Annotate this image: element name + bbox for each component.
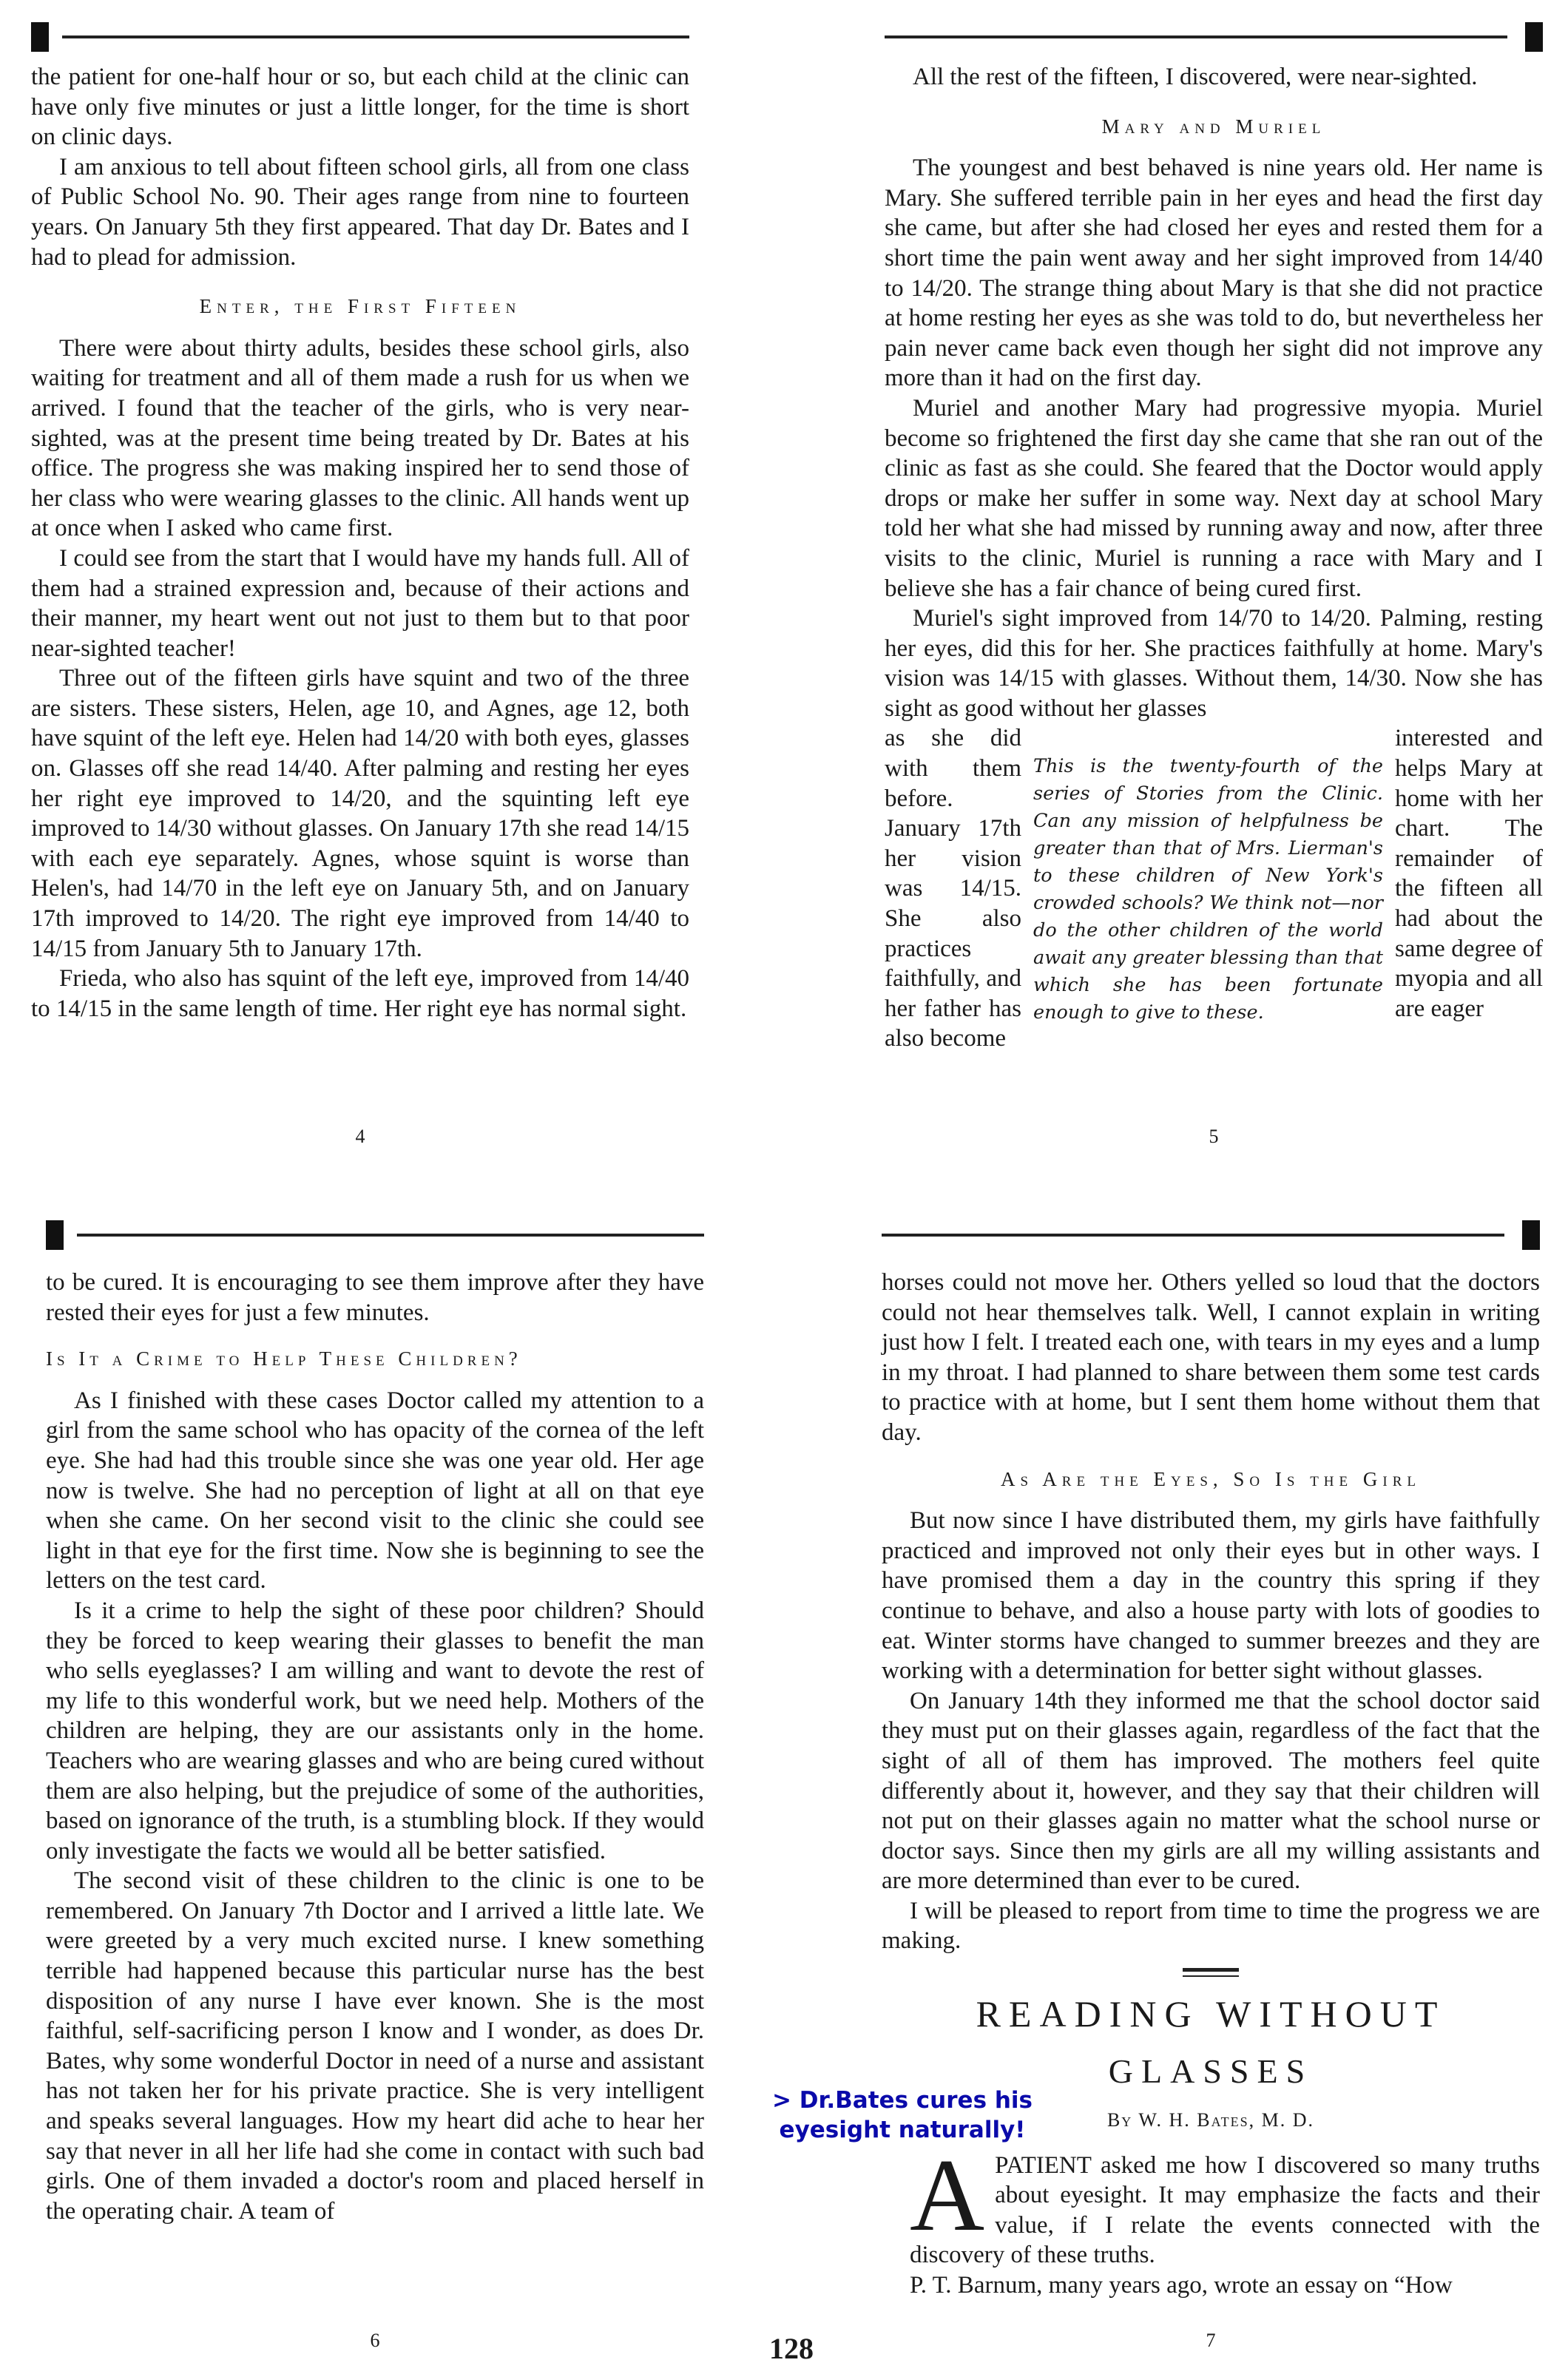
wrap-column-left: as she did with them before. January 17t…: [885, 723, 1021, 1054]
wrap-column-right: interested and helps Mary at home with h…: [1395, 723, 1543, 1054]
black-block-marker-icon: [1522, 1220, 1540, 1250]
page-header-rule: [46, 1220, 704, 1250]
paragraph: P. T. Barnum, many years ago, wrote an e…: [882, 2270, 1540, 2301]
horizontal-rule: [62, 35, 689, 38]
page-header-rule: [885, 22, 1543, 52]
paragraph: On January 14th they informed me that th…: [882, 1686, 1540, 1896]
column-text: as she did with them before. January 17t…: [885, 723, 1021, 1054]
section-heading: Mary and Muriel: [885, 112, 1543, 142]
black-block-marker-icon: [1525, 22, 1543, 52]
paragraph: the patient for one-half hour or so, but…: [31, 62, 689, 152]
page-number: 7: [882, 2330, 1540, 2352]
page-4: the patient for one-half hour or so, but…: [31, 22, 689, 1154]
paragraph: There were about thirty adults, besides …: [31, 334, 689, 544]
horizontal-rule: [882, 1234, 1504, 1237]
section-heading: Is It a Crime to Help These Children?: [46, 1344, 704, 1374]
page-number: 5: [885, 1126, 1543, 1148]
black-block-marker-icon: [31, 22, 49, 52]
paragraph: Is it a crime to help the sight of these…: [46, 1596, 704, 1866]
page-header-rule: [882, 1220, 1540, 1250]
page-number: 4: [31, 1126, 689, 1148]
article-title-line-1: READING WITHOUT: [882, 1993, 1540, 2035]
promo-link[interactable]: > Dr.Bates cures his eyesight naturally!: [769, 2086, 1035, 2145]
editor-note: This is the twenty-fourth of the series …: [1033, 723, 1383, 1054]
paragraph: I will be pleased to report from time to…: [882, 1896, 1540, 1956]
page-7: horses could not move her. Others yelled…: [882, 1220, 1540, 2359]
column-text: interested and helps Mary at home with h…: [1395, 723, 1543, 1024]
paragraph: The second visit of these children to th…: [46, 1866, 704, 2226]
section-heading: Enter, the First Fifteen: [31, 291, 689, 322]
page-body: the patient for one-half hour or so, but…: [31, 62, 689, 1024]
page-6: to be cured. It is encouraging to see th…: [46, 1220, 704, 2359]
paragraph: horses could not move her. Others yelled…: [882, 1268, 1540, 1448]
page-header-rule: [31, 22, 689, 52]
horizontal-rule: [885, 35, 1507, 38]
paragraph: Muriel's sight improved from 14/70 to 14…: [885, 603, 1543, 723]
paragraph: I am anxious to tell about fifteen schoo…: [31, 152, 689, 272]
paragraph: As I finished with these cases Doctor ca…: [46, 1386, 704, 1596]
paragraph: The youngest and best behaved is nine ye…: [885, 153, 1543, 393]
page-body: All the rest of the fifteen, I discovere…: [885, 62, 1543, 1054]
drop-cap: A: [910, 2155, 984, 2236]
black-block-marker-icon: [46, 1220, 64, 1250]
paragraph: Frieda, who also has squint of the left …: [31, 964, 689, 1024]
page-body: to be cured. It is encouraging to see th…: [46, 1268, 704, 2226]
article-first-paragraph: A PATIENT asked me how I discovered so m…: [882, 2151, 1540, 2270]
paragraph: to be cured. It is encouraging to see th…: [46, 1268, 704, 1328]
issue-page-number: 128: [769, 2331, 814, 2366]
paragraph: Three out of the fifteen girls have squi…: [31, 663, 689, 964]
paragraph: But now since I have distributed them, m…: [882, 1506, 1540, 1686]
paragraph: All the rest of the fifteen, I discovere…: [885, 62, 1543, 92]
page-body: horses could not move her. Others yelled…: [882, 1268, 1540, 2301]
page-5: All the rest of the fifteen, I discovere…: [885, 22, 1543, 1154]
three-column-wrap: as she did with them before. January 17t…: [885, 723, 1543, 1054]
section-divider: [1183, 1968, 1239, 1977]
horizontal-rule: [77, 1234, 704, 1237]
paragraph: Muriel and another Mary had progressive …: [885, 393, 1543, 603]
section-heading: As Are the Eyes, So Is the Girl: [882, 1464, 1540, 1495]
paragraph: PATIENT asked me how I discovered so man…: [910, 2152, 1540, 2269]
page-number: 6: [46, 2330, 704, 2352]
paragraph: I could see from the start that I would …: [31, 544, 689, 663]
